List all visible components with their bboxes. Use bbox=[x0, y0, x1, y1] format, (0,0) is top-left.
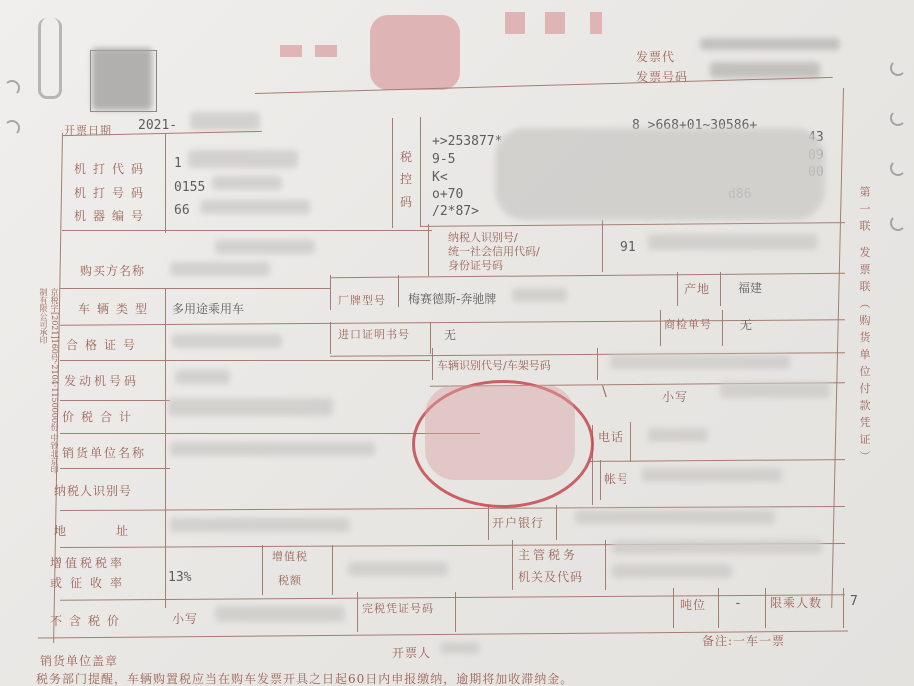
grid-line bbox=[330, 275, 331, 310]
tax-authority-label: 机关及代码 bbox=[518, 568, 583, 585]
grid-line bbox=[605, 540, 606, 590]
grid-line bbox=[602, 220, 603, 272]
grid-line bbox=[60, 594, 845, 600]
vat-rate-value: 13% bbox=[168, 570, 191, 585]
seller-account-label: 帐号 bbox=[604, 470, 626, 487]
invoice-code-value bbox=[700, 38, 840, 50]
binder-hole-icon bbox=[890, 60, 906, 76]
engine-number-label: 发动机号码 bbox=[64, 372, 139, 389]
grid-line bbox=[597, 348, 598, 380]
tonnage-value: - bbox=[734, 596, 742, 611]
grid-line bbox=[765, 588, 766, 628]
import-cert-value: 无 bbox=[444, 326, 456, 343]
grid-line bbox=[398, 275, 399, 307]
grid-line bbox=[430, 322, 431, 354]
vehicle-type-value: 多用途乘用车 bbox=[172, 300, 244, 317]
grid-line bbox=[660, 310, 661, 346]
grid-line bbox=[831, 88, 844, 608]
grid-line bbox=[512, 540, 513, 590]
seller-name-label: 销货单位名称 bbox=[62, 444, 146, 461]
seat-limit-value: 7 bbox=[850, 594, 858, 609]
redaction bbox=[172, 334, 282, 348]
tax-control-line: o+70 bbox=[432, 187, 463, 202]
buyer-id-value: 91 bbox=[620, 240, 636, 255]
redaction bbox=[212, 176, 282, 190]
seat-limit-label: 限乘人数 bbox=[770, 594, 822, 611]
machine-code-label: 机打代码 bbox=[74, 160, 150, 177]
slash-mark: \ bbox=[602, 384, 608, 400]
grid-line bbox=[330, 273, 845, 278]
redaction bbox=[200, 200, 310, 214]
title-redacted bbox=[505, 12, 525, 34]
origin-label: 产地 bbox=[684, 280, 710, 297]
vat-amount-label: 税额 bbox=[278, 572, 302, 588]
redaction bbox=[648, 428, 708, 442]
amount-small-label: 小写 bbox=[662, 388, 688, 405]
grid-line bbox=[392, 118, 393, 228]
redaction bbox=[612, 540, 822, 554]
pretax-price-label: 不含税价 bbox=[50, 612, 126, 629]
grid-line bbox=[677, 272, 678, 306]
invoice-paper: 发票代 发票号码 开票日期 2021- bbox=[0, 0, 914, 686]
binder-hole-icon bbox=[890, 110, 906, 126]
machine-serial-label: 机器编号 bbox=[74, 207, 150, 224]
tax-control-line: K< bbox=[432, 170, 448, 185]
tax-control-line: /2*87> bbox=[432, 204, 479, 219]
redaction bbox=[495, 128, 825, 220]
redaction bbox=[175, 370, 230, 384]
machine-serial-value: 66 bbox=[174, 203, 190, 218]
inspection-value: 无 bbox=[740, 316, 752, 333]
grid-line bbox=[255, 77, 833, 94]
tonnage-label: 吨位 bbox=[680, 596, 706, 613]
seller-address-label: 地址 bbox=[54, 522, 178, 539]
import-cert-label: 进口证明书号 bbox=[338, 326, 410, 342]
redaction bbox=[575, 510, 775, 524]
buyer-name-label: 购买方名称 bbox=[80, 262, 145, 279]
redaction bbox=[170, 262, 270, 276]
grid-line bbox=[165, 133, 166, 233]
certificate-label: 合格证号 bbox=[66, 336, 142, 353]
machine-number-label: 机打号码 bbox=[74, 184, 150, 201]
grid-line bbox=[262, 545, 263, 595]
remark: 备注:一车一票 bbox=[702, 632, 785, 649]
grid-line bbox=[843, 588, 844, 628]
grid-line bbox=[420, 222, 845, 227]
grid-line bbox=[720, 272, 721, 306]
grid-line bbox=[428, 224, 429, 276]
redaction bbox=[170, 518, 350, 532]
grid-line bbox=[357, 592, 358, 632]
grid-line bbox=[673, 588, 674, 628]
grid-line bbox=[556, 505, 557, 540]
machine-number-value: 0155 bbox=[174, 180, 205, 195]
copy-label: 第一联 发票联（购货单位付款凭证） bbox=[856, 186, 872, 516]
tax-control-line: 9-5 bbox=[432, 152, 455, 167]
seal-label: 销货单位盖章 bbox=[40, 652, 118, 669]
buyer-id-label: 身份证号码 bbox=[448, 257, 503, 273]
vin-label: 车辆识别代号/车架号码 bbox=[437, 357, 551, 373]
seller-taxpayer-label: 纳税人识别号 bbox=[54, 482, 146, 499]
redaction bbox=[720, 382, 830, 398]
grid-line bbox=[332, 545, 333, 595]
redaction bbox=[610, 355, 790, 369]
invoice-number-value bbox=[710, 62, 820, 78]
redaction bbox=[215, 240, 315, 254]
vehicle-type-label: 车辆类型 bbox=[78, 300, 154, 317]
machine-code-value: 1 bbox=[174, 156, 182, 171]
redaction bbox=[188, 150, 298, 168]
grid-line bbox=[488, 505, 489, 540]
grid-line bbox=[60, 288, 330, 289]
stamp-redacted bbox=[425, 385, 575, 480]
redaction bbox=[648, 234, 818, 250]
redaction bbox=[512, 288, 567, 302]
grid-line bbox=[718, 588, 719, 628]
tax-control-char: 码 bbox=[400, 193, 413, 210]
grid-line bbox=[455, 592, 456, 632]
grid-line bbox=[432, 348, 433, 380]
grid-line bbox=[630, 422, 631, 462]
binder-hole-icon bbox=[890, 160, 906, 176]
binder-hole-icon bbox=[890, 215, 906, 231]
issuer-label: 开票人 bbox=[392, 644, 431, 661]
binder-hole-icon bbox=[4, 80, 20, 96]
grid-line bbox=[330, 322, 331, 354]
redaction bbox=[168, 398, 333, 416]
duty-cert-label: 完税凭证号码 bbox=[362, 600, 434, 616]
redaction bbox=[348, 562, 448, 576]
invoice-code-label: 发票代 bbox=[636, 48, 675, 65]
grid-line bbox=[722, 310, 723, 346]
title-redacted bbox=[370, 15, 460, 90]
tax-control-char: 税 bbox=[400, 148, 413, 165]
grid-line bbox=[420, 117, 421, 227]
redaction bbox=[612, 564, 732, 578]
brand-model-value: 梅赛德斯-奔驰牌 bbox=[408, 290, 496, 307]
grid-line bbox=[165, 288, 166, 608]
grid-line bbox=[60, 468, 170, 469]
seller-bank-label: 开户银行 bbox=[492, 514, 544, 531]
binder-hole-icon bbox=[4, 120, 20, 136]
title-redacted bbox=[315, 45, 337, 57]
title-redacted bbox=[590, 12, 602, 34]
tax-notice: 税务部门提醒，车辆购置税应当在购车发票开具之日起60日内申报缴纳，逾期将加收滞纳… bbox=[36, 670, 573, 686]
tax-control-line: +>253877* bbox=[432, 134, 502, 149]
pretax-small-label: 小写 bbox=[172, 610, 198, 627]
vat-amount-label: 增值税 bbox=[272, 548, 308, 564]
qr-code bbox=[92, 48, 152, 110]
grid-line bbox=[600, 460, 601, 500]
grid-line bbox=[60, 360, 430, 361]
redaction bbox=[170, 442, 375, 456]
title-redacted bbox=[545, 12, 565, 34]
tax-authority-label: 主管税务 bbox=[518, 546, 578, 563]
redaction bbox=[215, 606, 345, 622]
redaction bbox=[440, 642, 480, 654]
grid-line bbox=[60, 319, 845, 325]
vat-rate-label: 或征收率 bbox=[50, 574, 130, 591]
brand-model-label: 厂牌型号 bbox=[338, 292, 386, 308]
redaction bbox=[642, 468, 782, 482]
printer-note: 京税字[2021]160号·2104·1150000份 中钞北京印制有限公司承印 bbox=[40, 288, 60, 478]
origin-value: 福建 bbox=[738, 279, 762, 296]
seller-phone-label: 电话 bbox=[598, 428, 624, 445]
inspection-label: 商检单号 bbox=[664, 316, 712, 332]
grid-line bbox=[62, 230, 432, 231]
issue-date-value: 2021- bbox=[138, 118, 177, 133]
title-redacted bbox=[280, 45, 302, 57]
grid-line bbox=[60, 400, 170, 401]
total-amount-label: 价税合计 bbox=[62, 408, 138, 425]
vat-rate-label: 增值税税率 bbox=[50, 554, 125, 571]
grid-line bbox=[590, 459, 845, 462]
tax-control-char: 控 bbox=[400, 170, 413, 187]
paper-clip-icon bbox=[38, 18, 62, 99]
redaction bbox=[190, 112, 260, 130]
